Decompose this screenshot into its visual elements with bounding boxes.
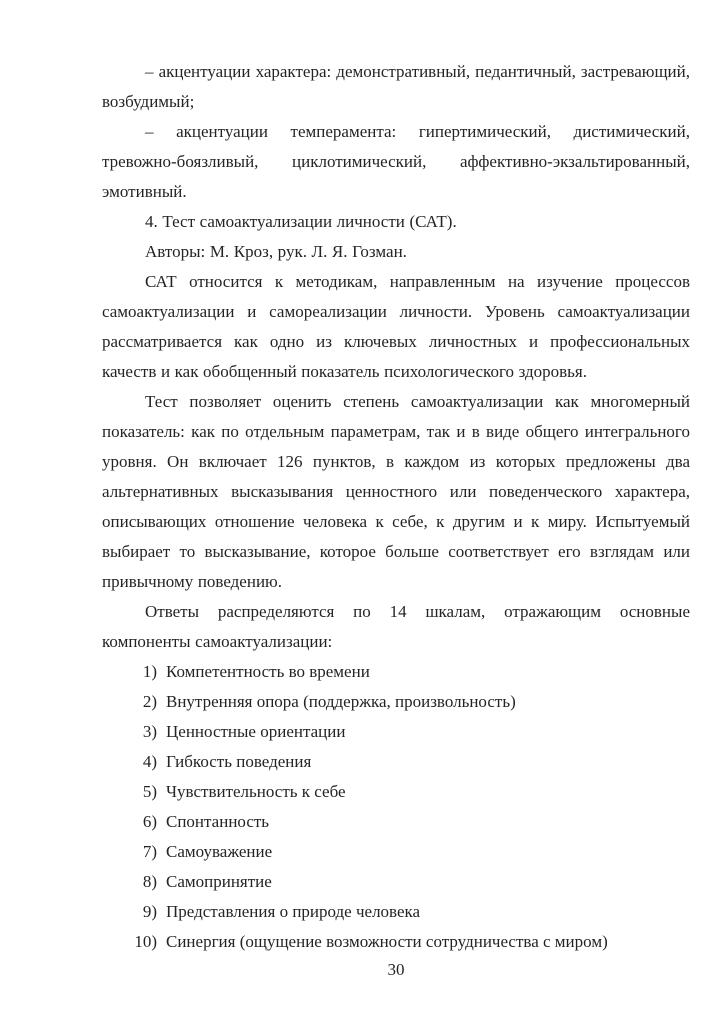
list-item-number: 10) bbox=[102, 927, 157, 957]
document-page: – акцентуации характера: демонстративный… bbox=[0, 0, 725, 1024]
list-item: 8) Самопринятие bbox=[102, 867, 690, 897]
list-item-label: Самопринятие bbox=[166, 867, 272, 897]
paragraph-scales-intro: Ответы распределяются по 14 шкалам, отра… bbox=[102, 597, 690, 657]
list-item: 1) Компетентность во времени bbox=[102, 657, 690, 687]
list-item-number: 3) bbox=[102, 717, 157, 747]
list-item-number: 8) bbox=[102, 867, 157, 897]
paragraph-authors: Авторы: М. Кроз, рук. Л. Я. Гозман. bbox=[102, 237, 690, 267]
list-item-label: Внутренняя опора (поддержка, произвольно… bbox=[166, 687, 516, 717]
list-item: 9) Представления о природе человека bbox=[102, 897, 690, 927]
list-item-label: Ценностные ориентации bbox=[166, 717, 345, 747]
list-item: 5) Чувствительность к себе bbox=[102, 777, 690, 807]
list-item: 6) Спонтанность bbox=[102, 807, 690, 837]
list-item: 3) Ценностные ориентации bbox=[102, 717, 690, 747]
list-item-number: 4) bbox=[102, 747, 157, 777]
list-item-label: Чувствительность к себе bbox=[166, 777, 346, 807]
list-item: 7) Самоуважение bbox=[102, 837, 690, 867]
paragraph-character-accentuations: – акцентуации характера: демонстративный… bbox=[102, 57, 690, 117]
list-item: 10) Синергия (ощущение возможности сотру… bbox=[102, 927, 690, 957]
list-item-number: 9) bbox=[102, 897, 157, 927]
list-item-number: 2) bbox=[102, 687, 157, 717]
list-item-label: Компетентность во времени bbox=[166, 657, 370, 687]
document-content: – акцентуации характера: демонстративный… bbox=[0, 0, 725, 957]
list-item-label: Представления о природе человека bbox=[166, 897, 420, 927]
paragraph-temperament-accentuations: – акцентуации темперамента: гипертимичес… bbox=[102, 117, 690, 207]
list-item-number: 5) bbox=[102, 777, 157, 807]
page-number: 30 bbox=[102, 955, 690, 985]
paragraph-test-title: 4. Тест самоактуализации личности (САТ). bbox=[102, 207, 690, 237]
list-item-number: 7) bbox=[102, 837, 157, 867]
list-item-label: Самоуважение bbox=[166, 837, 272, 867]
list-item-number: 6) bbox=[102, 807, 157, 837]
scales-list: 1) Компетентность во времени 2) Внутренн… bbox=[102, 657, 690, 957]
list-item: 4) Гибкость поведения bbox=[102, 747, 690, 777]
paragraph-test-structure: Тест позволяет оценить степень самоактуа… bbox=[102, 387, 690, 597]
list-item: 2) Внутренняя опора (поддержка, произвол… bbox=[102, 687, 690, 717]
list-item-label: Гибкость поведения bbox=[166, 747, 311, 777]
list-item-label: Синергия (ощущение возможности сотруднич… bbox=[166, 927, 608, 957]
paragraph-cat-description: САТ относится к методикам, направленным … bbox=[102, 267, 690, 387]
list-item-label: Спонтанность bbox=[166, 807, 269, 837]
list-item-number: 1) bbox=[102, 657, 157, 687]
